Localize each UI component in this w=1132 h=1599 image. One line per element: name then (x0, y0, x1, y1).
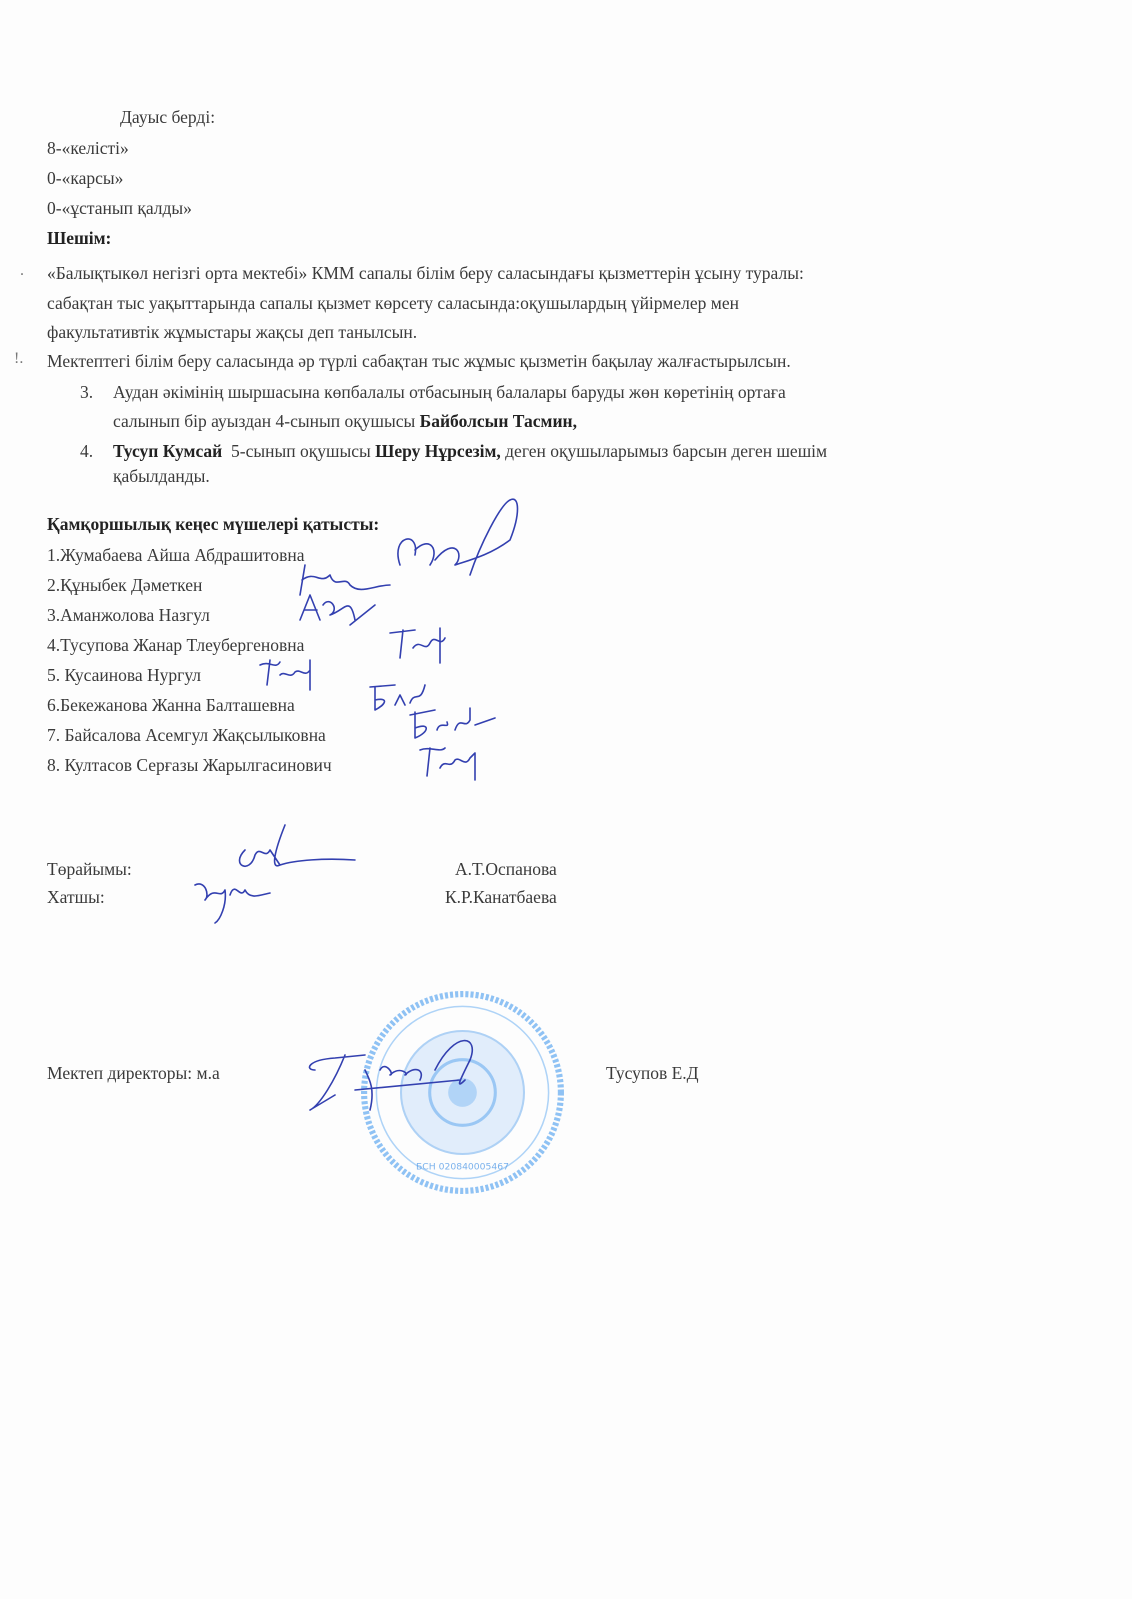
signature-member-5-icon (255, 650, 325, 695)
secretary-name: К.Р.Канатбаева (445, 886, 557, 908)
student-name-3: Шеру Нұрсезім, (375, 441, 501, 461)
chair-name: А.Т.Оспанова (455, 858, 557, 880)
decision-item4-line2: қабылданды. (113, 465, 210, 487)
item2-marker: !. (14, 350, 23, 368)
item3-number: 3. (80, 381, 93, 403)
item1-marker: . (20, 262, 24, 280)
member-1: 1.Жумабаева Айша Абдрашитовна (47, 544, 304, 566)
decision-item1-line3: факультативтік жұмыстары жақсы деп таныл… (47, 321, 417, 343)
item4-text-post: деген оқушыларымыз барсын деген шешім (501, 441, 827, 461)
decision-heading: Шешім: (47, 227, 111, 249)
decision-item2-line1: Мектептегі білім беру саласында әр түрлі… (47, 350, 791, 372)
signature-director-icon (295, 1020, 495, 1120)
member-6: 6.Бекежанова Жанна Балташевна (47, 694, 295, 716)
signature-member-4-icon (385, 618, 455, 668)
item3-text: салынып бір ауыздан 4-сынып оқушысы (113, 411, 420, 431)
student-name-1: Байболсын Тасмин, (420, 411, 577, 431)
decision-item1-line2: сабақтан тыс уақыттарында сапалы қызмет … (47, 292, 739, 314)
secretary-label: Хатшы: (47, 886, 105, 908)
decision-item1-line1: «Балықтыкөл негізгі орта мектебі» КММ са… (47, 262, 804, 284)
member-3: 3.Аманжолова Назгул (47, 604, 210, 626)
decision-item4-line1: Тусуп Кумсай 5-сынып оқушысы Шеру Нұрсез… (113, 440, 827, 462)
decision-item3-line2: салынып бір ауыздан 4-сынып оқушысы Байб… (113, 410, 577, 432)
item4-text-mid: 5-сынып оқушысы (222, 441, 375, 461)
item4-number: 4. (80, 440, 93, 462)
vote-against: 0-«карсы» (47, 167, 123, 189)
member-8: 8. Култасов Серғазы Жарылгасинович (47, 754, 332, 776)
signature-member-3-icon (295, 585, 385, 640)
director-name: Тусупов Е.Д (606, 1062, 699, 1084)
director-label: Мектеп директоры: м.а (47, 1062, 220, 1084)
signature-member-8-icon (415, 738, 495, 783)
member-2: 2.Құныбек Дәметкен (47, 574, 202, 596)
student-name-2: Тусуп Кумсай (113, 441, 222, 461)
signature-secretary-icon (185, 865, 275, 925)
chair-label: Төрайымы: (47, 858, 132, 880)
member-5: 5. Кусаинова Нургул (47, 664, 201, 686)
svg-text:БСН 020840005467: БСН 020840005467 (416, 1161, 509, 1172)
vote-heading: Дауыс берді: (120, 106, 215, 128)
vote-abstain: 0-«ұстанып қалды» (47, 197, 192, 219)
vote-for: 8-«келісті» (47, 137, 129, 159)
members-heading: Қамқоршылық кеңес мүшелері қатысты: (47, 513, 379, 535)
decision-item3-line1: Аудан әкімінің шыршасына көпбалалы отбас… (113, 381, 786, 403)
member-7: 7. Байсалова Асемгул Жақсылыковна (47, 724, 326, 746)
